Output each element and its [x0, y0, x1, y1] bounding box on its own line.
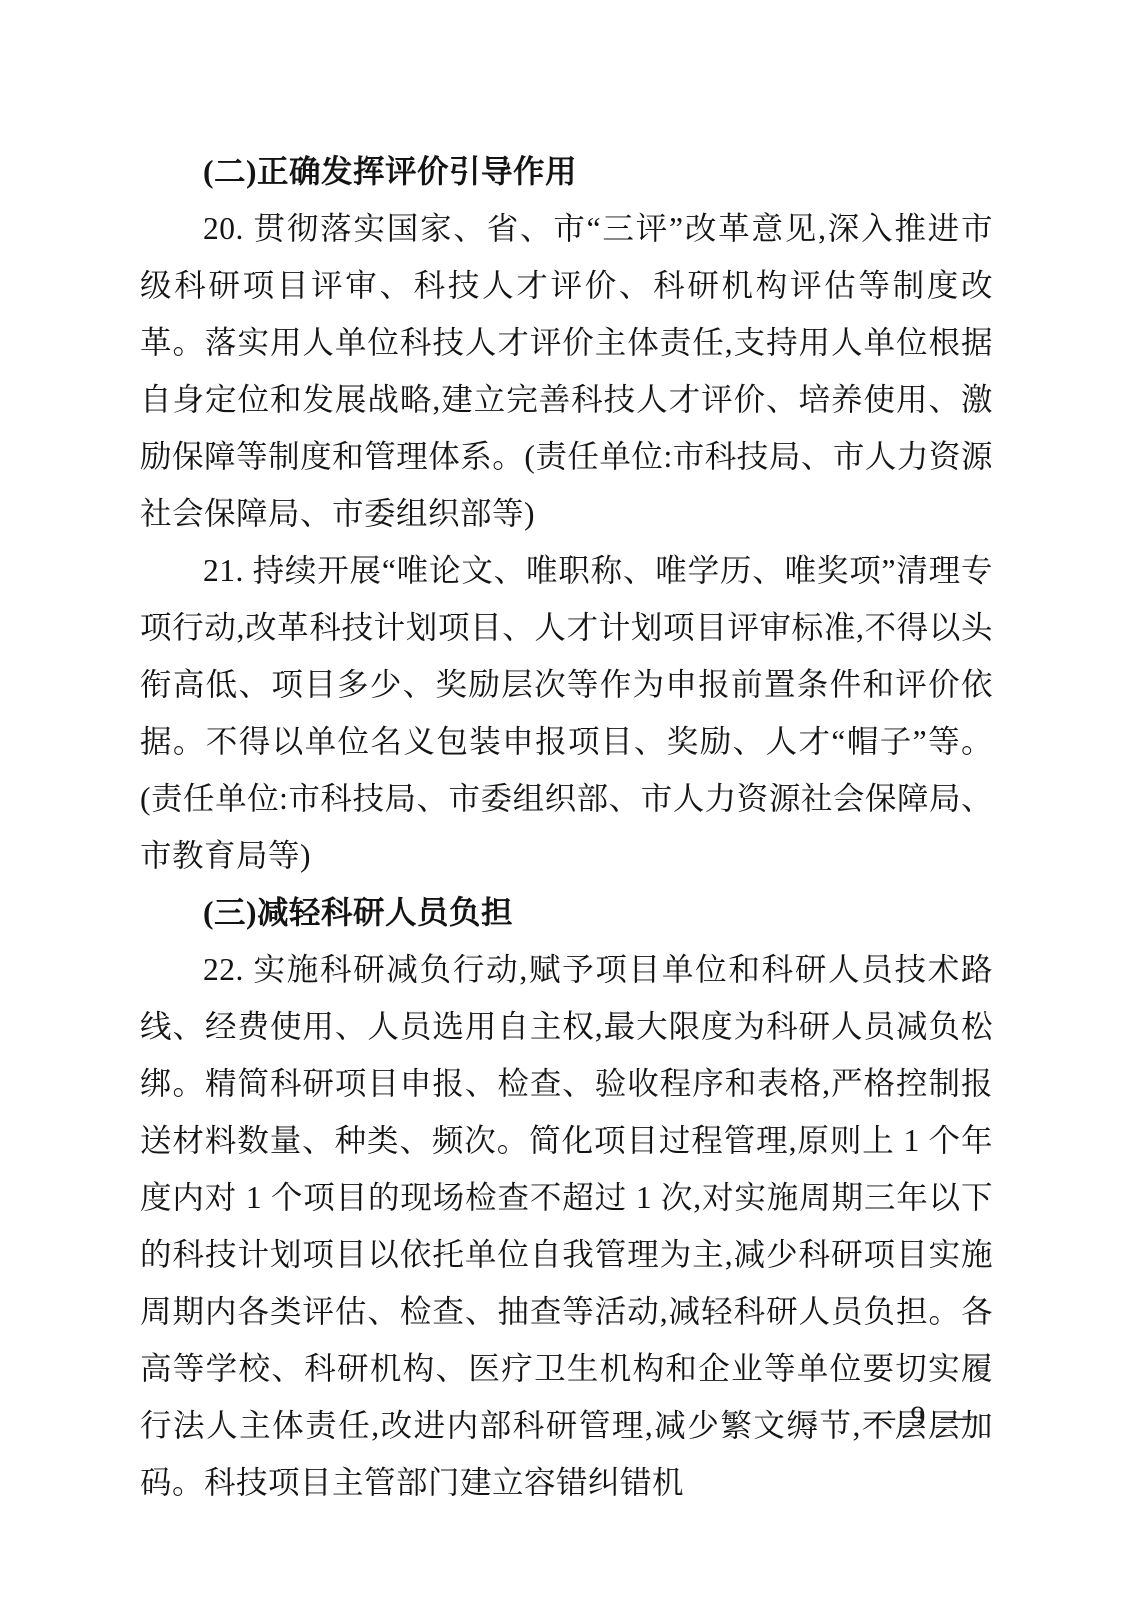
paragraph-item-20: 20. 贯彻落实国家、省、市“三评”改革意见,深入推进市级科研项目评审、科技人才…	[140, 200, 993, 542]
page-number: — 9 —	[845, 1400, 995, 1434]
paragraph-item-21: 21. 持续开展“唯论文、唯职称、唯学历、唯奖项”清理专项行动,改革科技计划项目…	[140, 542, 993, 884]
section-heading-reduce-researcher-burden: (三)减轻科研人员负担	[140, 884, 993, 941]
document-body: (二)正确发挥评价引导作用 20. 贯彻落实国家、省、市“三评”改革意见,深入推…	[140, 143, 993, 1511]
section-heading-evaluation-guidance: (二)正确发挥评价引导作用	[140, 143, 993, 200]
document-page: (二)正确发挥评价引导作用 20. 贯彻落实国家、省、市“三评”改革意见,深入推…	[0, 0, 1131, 1600]
